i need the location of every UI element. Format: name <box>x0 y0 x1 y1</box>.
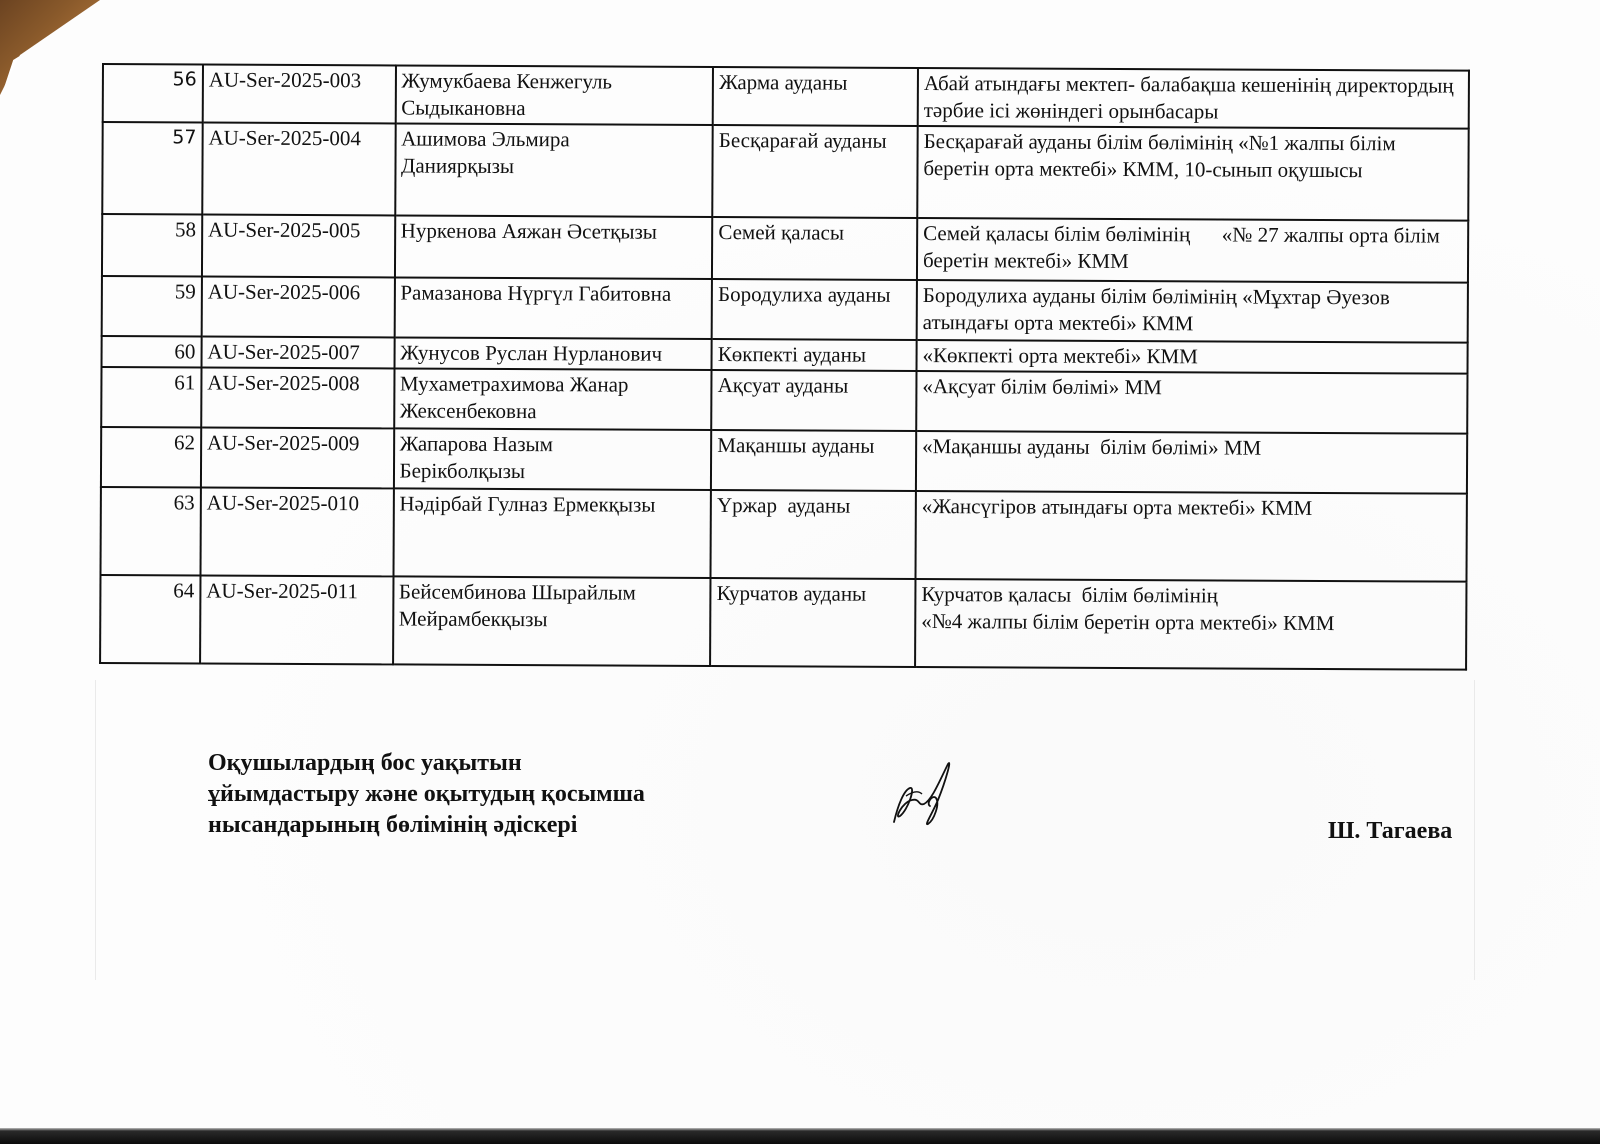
district-cell: Ақсуат ауданы <box>711 370 916 431</box>
participant-name-cell: Жумукбаева Кенжегуль Сыдыкановна <box>395 65 713 125</box>
table-row: 61AU-Ser-2025-008Мухаметрахимова Жанар Ж… <box>101 367 1467 434</box>
organization: «Көкпекті орта мектебі» КММ <box>922 343 1197 368</box>
table-row: 64AU-Ser-2025-011Бейсембинова Шырайлым М… <box>100 575 1466 670</box>
participant-name-cell: Жунусов Руслан Нурланович <box>394 337 712 370</box>
organization: Бесқарағай ауданы білім бөлімінің «№1 жа… <box>923 129 1401 182</box>
row-number-cell: 63 <box>100 487 200 575</box>
participant-name-cell: Жапарова Назым Берікболқызы <box>393 428 711 490</box>
organization: Семей қаласы білім бөлімінің «№ 27 жалпы… <box>923 221 1445 273</box>
participant-code-cell: AU-Ser-2025-009 <box>201 427 394 488</box>
participant-name: Нәдірбай Гулназ Ермекқызы <box>399 491 655 516</box>
row-number-cell: 60 <box>102 336 202 367</box>
table-row: 59AU-Ser-2025-006Рамазанова Нүргүл Габит… <box>102 276 1468 343</box>
participant-code-cell: AU-Ser-2025-005 <box>202 214 395 277</box>
participant-code: AU-Ser-2025-007 <box>207 340 360 365</box>
organization: «Ақсуат білім бөлімі» ММ <box>922 374 1162 399</box>
row-number-cell: 57 <box>102 122 202 214</box>
table-row: 62AU-Ser-2025-009Жапарова Назым Берікбол… <box>101 427 1467 494</box>
participant-code: AU-Ser-2025-004 <box>208 126 361 151</box>
organization-cell: «Мақаншы ауданы білім бөлімі» ММ <box>916 431 1467 494</box>
participant-code-cell: AU-Ser-2025-011 <box>200 575 393 664</box>
organization: Курчатов қаласы білім бөлімінің «№4 жалп… <box>921 582 1334 635</box>
participant-code-cell: AU-Ser-2025-004 <box>202 122 395 215</box>
table-row: 56AU-Ser-2025-003Жумукбаева Кенжегуль Сы… <box>103 64 1469 129</box>
district: Жарма ауданы <box>719 70 847 95</box>
participants-table: 56AU-Ser-2025-003Жумукбаева Кенжегуль Сы… <box>99 63 1470 671</box>
participant-name-cell: Мухаметрахимова Жанар Жексенбековна <box>394 368 712 430</box>
organization-cell: Бесқарағай ауданы білім бөлімінің «№1 жа… <box>917 126 1468 221</box>
row-number: 58 <box>175 217 196 241</box>
row-number: 56 <box>173 68 197 90</box>
district-cell: Курчатов ауданы <box>710 578 915 667</box>
district-cell: Үржар ауданы <box>711 490 916 579</box>
participant-code-cell: AU-Ser-2025-010 <box>200 487 393 576</box>
district-cell: Мақаншы ауданы <box>711 430 916 491</box>
district-cell: Бородулиха ауданы <box>712 279 917 340</box>
participant-code: AU-Ser-2025-011 <box>206 579 358 604</box>
district: Ақсуат ауданы <box>718 373 849 398</box>
row-number-cell: 61 <box>101 367 201 427</box>
participant-code: AU-Ser-2025-006 <box>208 280 361 305</box>
participant-name: Жунусов Руслан Нурланович <box>400 340 662 365</box>
row-number-cell: 59 <box>102 276 202 336</box>
row-number-cell: 64 <box>100 575 200 663</box>
table-row: 57AU-Ser-2025-004Ашимова Эльмира Даниярқ… <box>102 122 1468 221</box>
participant-code: AU-Ser-2025-009 <box>207 431 360 456</box>
participant-name: Рамазанова Нүргүл Габитовна <box>400 280 671 305</box>
organization: «Мақаншы ауданы білім бөлімі» ММ <box>922 434 1261 460</box>
position-line: нысандарының бөлімінің әдіскері <box>208 810 645 841</box>
participant-code-cell: AU-Ser-2025-003 <box>203 64 396 123</box>
participant-code-cell: AU-Ser-2025-006 <box>202 276 395 337</box>
row-number: 64 <box>173 578 194 602</box>
participant-name: Бейсембинова Шырайлым Мейрамбекқызы <box>399 579 636 631</box>
organization-cell: Курчатов қаласы білім бөлімінің «№4 жалп… <box>915 579 1466 670</box>
participant-code: AU-Ser-2025-005 <box>208 218 361 243</box>
row-number: 59 <box>175 279 196 303</box>
handwritten-signature-icon <box>888 760 968 830</box>
district-cell: Бесқарағай ауданы <box>712 125 917 218</box>
organization-cell: «Ақсуат білім бөлімі» ММ <box>916 371 1467 434</box>
table-row: 63AU-Ser-2025-010Нәдірбай Гулназ Ермекқы… <box>100 487 1466 582</box>
participant-name: Ашимова Эльмира Даниярқызы <box>401 126 570 178</box>
participant-name: Жапарова Назым Берікболқызы <box>399 431 553 483</box>
district: Бородулиха ауданы <box>718 282 891 307</box>
district: Көкпекті ауданы <box>718 342 866 367</box>
organization-cell: Абай атындағы мектеп- балабақша кешеніні… <box>918 68 1469 129</box>
participant-code: AU-Ser-2025-010 <box>207 491 360 516</box>
district-cell: Семей қаласы <box>712 217 917 280</box>
row-number-cell: 62 <box>101 427 201 487</box>
organization-cell: «Көкпекті орта мектебі» КММ <box>916 340 1467 374</box>
row-number: 60 <box>174 339 195 363</box>
signatory-position: Оқушылардың бос уақытын ұйымдастыру және… <box>208 748 645 841</box>
row-number: 61 <box>174 370 195 394</box>
participant-name: Жумукбаева Кенжегуль Сыдыкановна <box>401 68 612 120</box>
district: Үржар ауданы <box>717 493 850 518</box>
organization-cell: Семей қаласы білім бөлімінің «№ 27 жалпы… <box>917 218 1468 283</box>
organization: Абай атындағы мектеп- балабақша кешеніні… <box>924 71 1459 123</box>
district-cell: Көкпекті ауданы <box>712 339 917 371</box>
row-number-cell: 58 <box>102 214 202 276</box>
row-number: 63 <box>174 490 195 514</box>
participant-name: Мухаметрахимова Жанар Жексенбековна <box>400 371 629 423</box>
row-number-cell: 56 <box>103 64 203 122</box>
table-row: 58AU-Ser-2025-005Нуркенова Аяжан Әсетқыз… <box>102 214 1468 283</box>
position-line: ұйымдастыру және оқытудың қосымша <box>208 779 645 810</box>
participant-name-cell: Нәдірбай Гулназ Ермекқызы <box>393 488 711 578</box>
organization: «Жансүгіров атындағы орта мектебі» КММ <box>922 494 1313 520</box>
district: Мақаншы ауданы <box>717 433 874 458</box>
position-line: Оқушылардың бос уақытын <box>208 748 645 779</box>
participant-name-cell: Ашимова Эльмира Даниярқызы <box>395 123 713 217</box>
district: Курчатов ауданы <box>717 581 867 606</box>
organization-cell: «Жансүгіров атындағы орта мектебі» КММ <box>915 491 1466 582</box>
participant-name: Нуркенова Аяжан Әсетқызы <box>401 218 657 243</box>
district: Семей қаласы <box>718 220 844 245</box>
page-bottom-edge <box>0 1128 1600 1144</box>
participant-code-cell: AU-Ser-2025-007 <box>201 336 394 368</box>
row-number: 57 <box>172 126 196 148</box>
row-number: 62 <box>174 430 195 454</box>
participant-name-cell: Нуркенова Аяжан Әсетқызы <box>394 215 712 279</box>
district: Бесқарағай ауданы <box>719 128 887 153</box>
participant-name-cell: Бейсембинова Шырайлым Мейрамбекқызы <box>393 576 711 666</box>
participant-code: AU-Ser-2025-008 <box>207 371 360 396</box>
organization: Бородулиха ауданы білім бөлімінің «Мұхта… <box>923 283 1396 335</box>
district-cell: Жарма ауданы <box>713 67 918 126</box>
participant-name-cell: Рамазанова Нүргүл Габитовна <box>394 277 712 339</box>
signatory-name: Ш. Тагаева <box>1328 818 1452 845</box>
organization-cell: Бородулиха ауданы білім бөлімінің «Мұхта… <box>917 280 1468 343</box>
participant-code-cell: AU-Ser-2025-008 <box>201 367 394 428</box>
participant-code: AU-Ser-2025-003 <box>209 68 362 93</box>
